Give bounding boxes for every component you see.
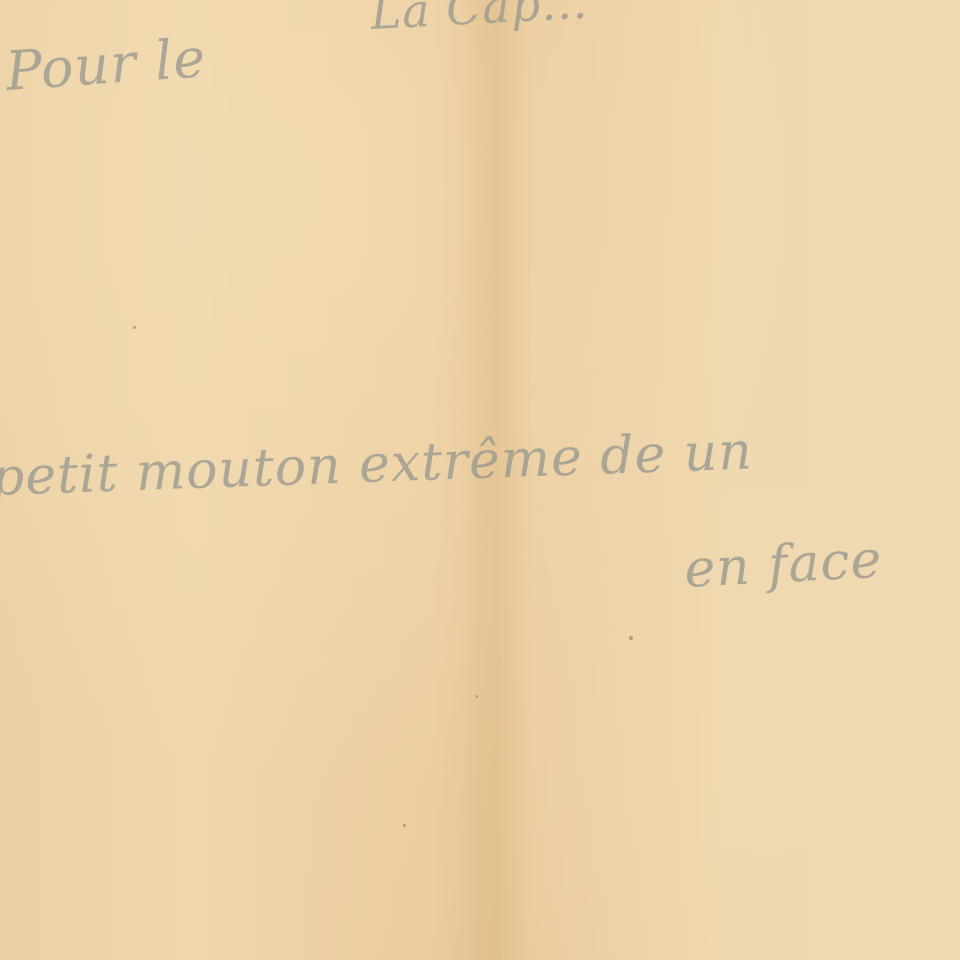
handwriting-line-top-center: La Cap...	[369, 0, 589, 40]
handwriting-line-middle: petit mouton extrême de un	[0, 421, 754, 508]
manuscript-page: Pour le La Cap... petit mouton extrême d…	[0, 0, 960, 960]
handwriting-line-top-left: Pour le	[4, 26, 209, 103]
paper-speck	[476, 695, 478, 698]
paper-speck	[629, 636, 633, 640]
paper-speck	[133, 326, 136, 329]
paper-speck	[403, 824, 406, 827]
handwriting-line-lower-right: en face	[683, 530, 884, 600]
